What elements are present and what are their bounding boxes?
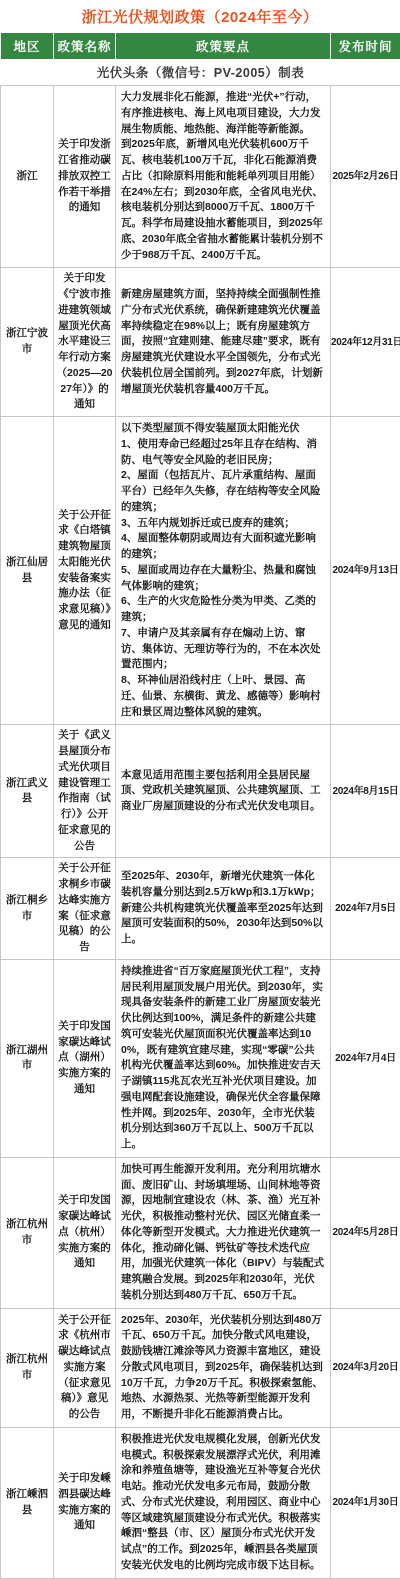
policy-name-cell: 关于公开征求《白塔镇建筑物屋顶太阳能光伏安装备案实施办法（征求意见稿）》意见的通… xyxy=(54,417,116,725)
policy-point-paragraph: 8、环神仙居沿线村庄（上叶、景园、高迁、仙景、东横街、黄龙、感德等）影响村庄和景… xyxy=(121,673,325,720)
policy-page: 浙江光伏规划政策（2024年至今） 地区 政策名称 政策要点 发布时间 光伏头条… xyxy=(0,0,400,1579)
table-credit: 光伏头条（微信号：PV-2005）制表 xyxy=(1,60,400,86)
policy-name-cell: 关于印发浙江省推动碳排放双控工作若干举措的通知 xyxy=(54,86,116,268)
policy-name-cell: 关于印发国家碳达峰试点（湖州）实施方案的通知 xyxy=(54,959,116,1157)
policy-point-paragraph: 加快可再生能源开发利用。充分利用坑塘水面、废旧矿山、封场填埋场、山间林地等资源，… xyxy=(121,1162,325,1304)
publish-date-cell: 2024年8月15日 xyxy=(331,725,400,858)
subtitle-row: 光伏头条（微信号：PV-2005）制表 xyxy=(1,60,400,86)
region-cell: 浙江杭州市 xyxy=(1,1308,54,1427)
publish-date-cell: 2024年3月20日 xyxy=(331,1308,400,1427)
policy-point-paragraph: 5、屋面或周边存在大量粉尘、热量和腐蚀气体影响的建筑； xyxy=(121,563,325,595)
table-row: 浙江关于印发浙江省推动碳排放双控工作若干举措的通知大力发展非化石能源，推进“光伏… xyxy=(1,86,400,268)
table-row: 浙江武义县关于《武义县屋顶分布式光伏项目建设管理工作指南（试行）》公开征求意见的… xyxy=(1,725,400,858)
policy-point-paragraph: 积极推进光伏发电规模化发展，创新光伏发电模式。积极探索发展漂浮式光伏，利用滩涂和… xyxy=(121,1432,325,1574)
table-row: 浙江仙居县关于公开征求《白塔镇建筑物屋顶太阳能光伏安装备案实施办法（征求意见稿）… xyxy=(1,417,400,725)
policy-points-cell: 2025年、2030年，光伏装机分别达到480万千瓦、650万千瓦。加快分散式风… xyxy=(116,1308,331,1427)
publish-date-cell: 2024年7月4日 xyxy=(331,959,400,1157)
column-header-region: 地区 xyxy=(1,33,54,60)
page-title: 浙江光伏规划政策（2024年至今） xyxy=(0,0,400,32)
policy-name-cell: 关于《武义县屋顶分布式光伏项目建设管理工作指南（试行）》公开征求意见的公告 xyxy=(54,725,116,858)
policy-point-paragraph: 4、屋面整体朝阴或周边有大面积遮光影响的建筑； xyxy=(121,531,325,563)
column-header-policy-name: 政策名称 xyxy=(54,33,116,60)
publish-date-cell: 2024年9月13日 xyxy=(331,417,400,725)
region-cell: 浙江杭州市 xyxy=(1,1157,54,1308)
region-cell: 浙江武义县 xyxy=(1,725,54,858)
table-row: 浙江嵊泗县关于印发嵊泗县碳达峰实施方案的通知积极推进光伏发电规模化发展，创新光伏… xyxy=(1,1427,400,1578)
policy-point-paragraph: 7、申请户及其亲属有存在煽动上访、窜访、集体访、无理访等行为的，不在本次处置范围… xyxy=(121,626,325,673)
publish-date-cell: 2024年12月31日 xyxy=(331,268,400,417)
policy-point-paragraph: 新建房屋建筑方面，坚持持续全面强制性推广分布式光伏系统，确保新建建筑光伏覆盖率持… xyxy=(121,287,325,397)
policy-points-cell: 至2025年、2030年，新增光伏建筑一体化装机容量分别达到2.5万kWp和3.… xyxy=(116,858,331,960)
policy-point-paragraph: 本意见适用范围主要包括利用全县居民屋顶、党政机关建筑屋顶、公共建筑屋顶、工商业厂… xyxy=(121,768,325,815)
column-header-policy-points: 政策要点 xyxy=(116,33,331,60)
policy-name-cell: 关于印发国家碳达峰试点（杭州）实施方案的通知 xyxy=(54,1157,116,1308)
region-cell: 浙江嵊泗县 xyxy=(1,1427,54,1578)
table-row: 浙江杭州市关于公开征求《杭州市碳达峰试点实施方案（征求意见稿）》意见的公告202… xyxy=(1,1308,400,1427)
policy-point-paragraph: 持续推进省“百万家庭屋顶光伏工程”，支持居民利用屋顶发展户用光伏。到2030年，… xyxy=(121,964,325,1153)
publish-date-cell: 2024年7月5日 xyxy=(331,858,400,960)
policy-points-cell: 加快可再生能源开发利用。充分利用坑塘水面、废旧矿山、封场填埋场、山间林地等资源，… xyxy=(116,1157,331,1308)
policy-name-cell: 关于印发《宁波市推进建筑领域屋顶光伏高水平建设三年行动方案（2025—2027年… xyxy=(54,268,116,417)
policy-points-cell: 持续推进省“百万家庭屋顶光伏工程”，支持居民利用屋顶发展户用光伏。到2030年，… xyxy=(116,959,331,1157)
region-cell: 浙江 xyxy=(1,86,54,268)
policy-name-cell: 关于印发嵊泗县碳达峰实施方案的通知 xyxy=(54,1427,116,1578)
policy-table-body: 浙江关于印发浙江省推动碳排放双控工作若干举措的通知大力发展非化石能源，推进“光伏… xyxy=(1,86,400,1579)
policy-point-paragraph: 1、使用寿命已经超过25年且存在结构、消防、电气等安全风险的老旧民房； xyxy=(121,437,325,469)
policy-point-paragraph: 至2025年、2030年，新增光伏建筑一体化装机容量分别达到2.5万kWp和3.… xyxy=(121,869,325,948)
policy-point-paragraph: 2、屋面（包括瓦片、瓦片承重结构、屋面平台）已经年久失修，存在结构等安全风险的建… xyxy=(121,468,325,515)
policy-points-cell: 以下类型屋顶不得安装屋顶太阳能光伏1、使用寿命已经超过25年且存在结构、消防、电… xyxy=(116,417,331,725)
region-cell: 浙江宁波市 xyxy=(1,268,54,417)
table-header: 地区 政策名称 政策要点 发布时间 光伏头条（微信号：PV-2005）制表 xyxy=(1,33,400,86)
publish-date-cell: 2024年5月28日 xyxy=(331,1157,400,1308)
policy-points-cell: 新建房屋建筑方面，坚持持续全面强制性推广分布式光伏系统，确保新建建筑光伏覆盖率持… xyxy=(116,268,331,417)
region-cell: 浙江桐乡市 xyxy=(1,858,54,960)
policy-point-paragraph: 2025年、2030年，光伏装机分别达到480万千瓦、650万千瓦。加快分散式风… xyxy=(121,1313,325,1423)
table-row: 浙江杭州市关于印发国家碳达峰试点（杭州）实施方案的通知加快可再生能源开发利用。充… xyxy=(1,1157,400,1308)
policy-point-paragraph: 大力发展非化石能源，推进“光伏+”行动，有序推进核电、海上风电项目建设，大力发展… xyxy=(121,90,325,137)
region-cell: 浙江湖州市 xyxy=(1,959,54,1157)
policy-name-cell: 关于公开征求《杭州市碳达峰试点实施方案（征求意见稿）》意见的公告 xyxy=(54,1308,116,1427)
policy-point-paragraph: 3、五年内规划拆迁或已废弃的建筑； xyxy=(121,516,325,532)
publish-date-cell: 2025年2月26日 xyxy=(331,86,400,268)
policy-points-cell: 本意见适用范围主要包括利用全县居民屋顶、党政机关建筑屋顶、公共建筑屋顶、工商业厂… xyxy=(116,725,331,858)
table-row: 浙江桐乡市关于公开征求桐乡市碳达峰实施方案（征求意见稿）的公告至2025年、20… xyxy=(1,858,400,960)
publish-date-cell: 2024年1月30日 xyxy=(331,1427,400,1578)
policy-points-cell: 大力发展非化石能源，推进“光伏+”行动，有序推进核电、海上风电项目建设，大力发展… xyxy=(116,86,331,268)
policy-table: 地区 政策名称 政策要点 发布时间 光伏头条（微信号：PV-2005）制表 浙江… xyxy=(0,32,400,1579)
policy-point-paragraph: 到2025年底，新增风电光伏装机600万千瓦、核电装机100万千瓦，非化石能源消… xyxy=(121,137,325,263)
policy-points-cell: 积极推进光伏发电规模化发展，创新光伏发电模式。积极探索发展漂浮式光伏，利用滩涂和… xyxy=(116,1427,331,1578)
table-row: 浙江湖州市关于印发国家碳达峰试点（湖州）实施方案的通知持续推进省“百万家庭屋顶光… xyxy=(1,959,400,1157)
policy-name-cell: 关于公开征求桐乡市碳达峰实施方案（征求意见稿）的公告 xyxy=(54,858,116,960)
table-row: 浙江宁波市关于印发《宁波市推进建筑领域屋顶光伏高水平建设三年行动方案（2025—… xyxy=(1,268,400,417)
policy-point-paragraph: 以下类型屋顶不得安装屋顶太阳能光伏 xyxy=(121,421,325,437)
region-cell: 浙江仙居县 xyxy=(1,417,54,725)
column-header-date: 发布时间 xyxy=(331,33,400,60)
policy-point-paragraph: 6、生产的火灾危险性分类为甲类、乙类的建筑； xyxy=(121,594,325,626)
table-header-row: 地区 政策名称 政策要点 发布时间 xyxy=(1,33,400,60)
